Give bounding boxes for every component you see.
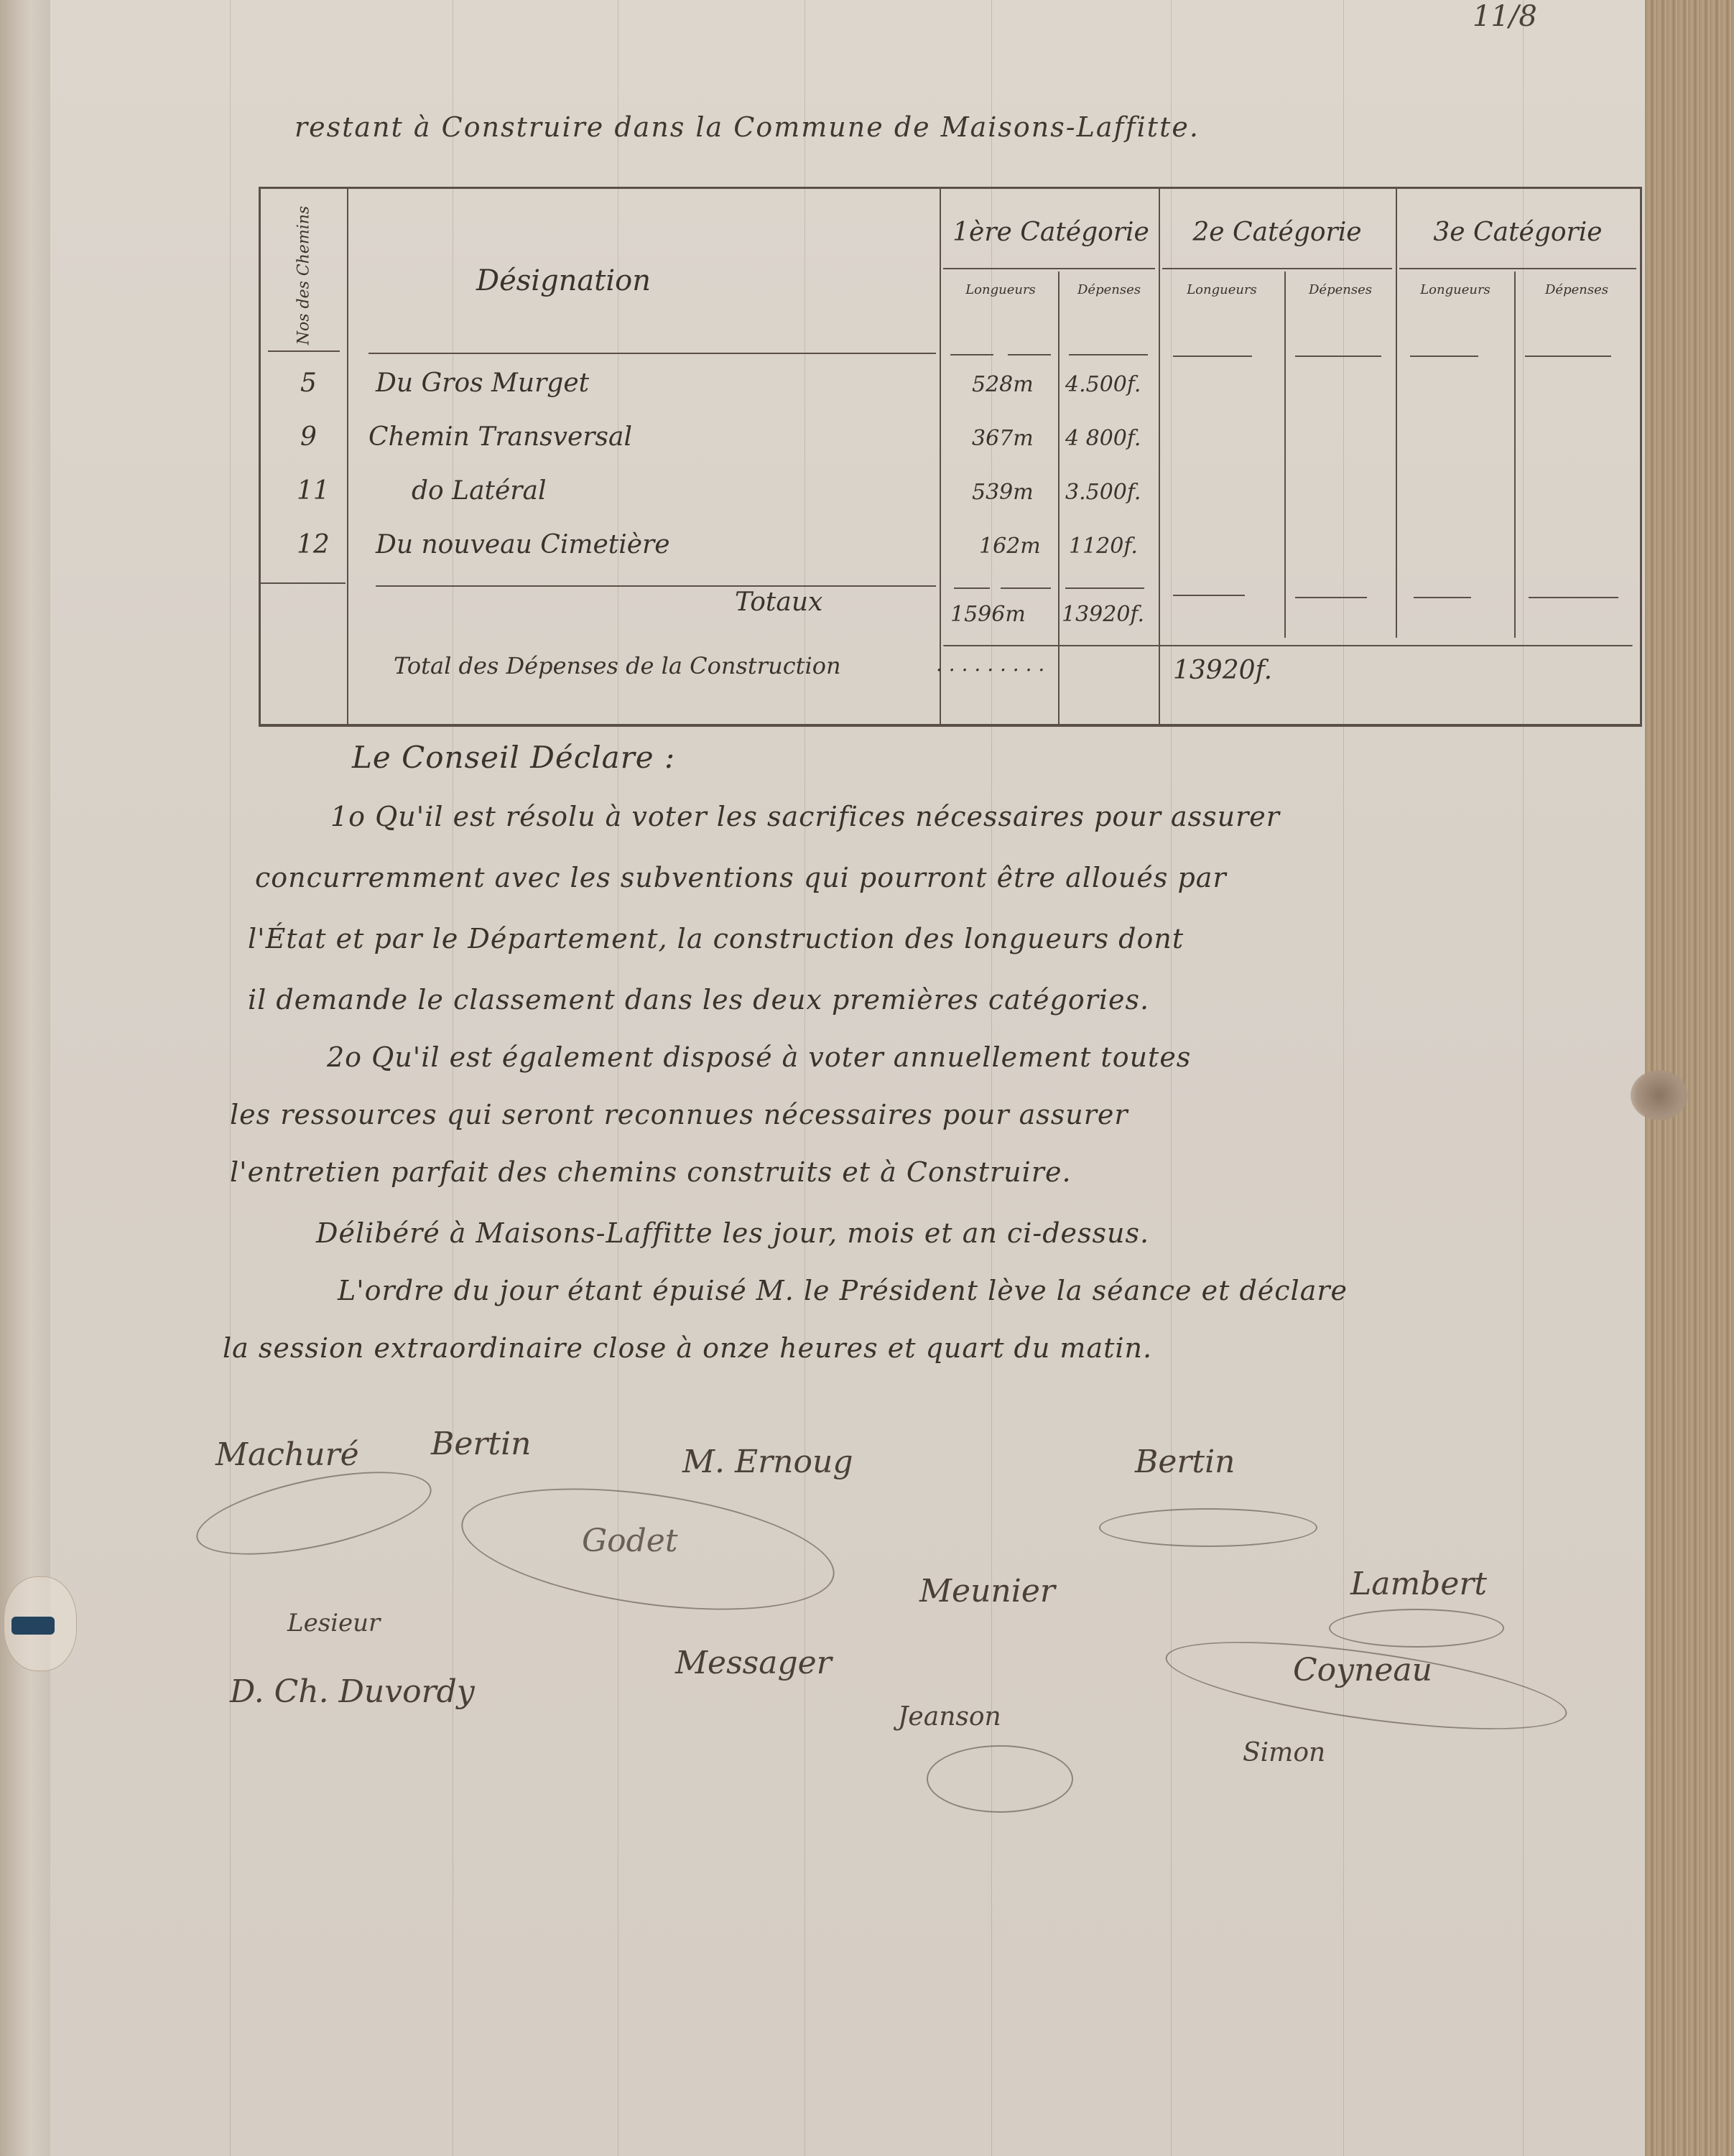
header-category-2: 2e Catégorie <box>1162 218 1392 247</box>
totals-cat2-cost-empty <box>1295 597 1367 598</box>
grand-total-label: Total des Dépenses de la Construction <box>394 652 841 679</box>
header-dash <box>1295 356 1381 357</box>
row-cat1-length: 162m <box>979 534 1041 559</box>
header-dash <box>1173 356 1252 357</box>
row-number: 5 <box>300 368 317 398</box>
body-line: il demande le classement dans les deux p… <box>248 984 1149 1016</box>
header-cat3-lengths: Longueurs <box>1397 282 1513 297</box>
signature-flourish <box>1329 1609 1504 1648</box>
totals-cat1-cost: 13920f. <box>1062 602 1144 627</box>
row-cat1-cost: 3.500f. <box>1065 480 1141 505</box>
header-category-1: 1ère Catégorie <box>943 218 1159 247</box>
column-divider <box>940 189 941 724</box>
header-number-col: Nos des Chemins <box>261 196 347 354</box>
header-designation: Désignation <box>476 264 651 297</box>
signature-flourish <box>1099 1508 1317 1547</box>
totals-dash <box>954 587 990 589</box>
row-cat1-cost: 1120f. <box>1069 534 1138 559</box>
header-dash <box>950 354 993 356</box>
signature: D. Ch. Duvordy <box>230 1673 475 1710</box>
signature: Messager <box>675 1645 832 1681</box>
header-cat1-lengths: Longueurs <box>943 282 1058 297</box>
signature: Meunier <box>919 1573 1055 1609</box>
row-cat1-length: 367m <box>972 426 1034 451</box>
body-line: les ressources qui seront reconnues néce… <box>230 1099 1128 1130</box>
body-line: Délibéré à Maisons-Laffitte les jour, mo… <box>316 1217 1149 1249</box>
signature: Jeanson <box>898 1702 1001 1732</box>
signature: Bertin <box>431 1426 532 1462</box>
row-cat1-length: 539m <box>972 480 1034 505</box>
column-divider <box>1159 189 1160 724</box>
header-rule <box>943 268 1155 269</box>
column-divider <box>1058 271 1060 724</box>
header-dash <box>1069 354 1148 356</box>
body-line: 2o Qu'il est également disposé à voter a… <box>327 1041 1191 1073</box>
margin-stain <box>4 1576 77 1671</box>
row-number: 11 <box>297 476 330 506</box>
blue-ink-mark <box>11 1617 55 1635</box>
left-page-edge <box>0 0 52 2156</box>
totals-cat2-length-empty <box>1173 595 1245 596</box>
header-rule <box>1162 268 1392 269</box>
signature: Bertin <box>1135 1444 1235 1480</box>
signature: Simon <box>1243 1738 1325 1767</box>
totals-cat1-length: 1596m <box>950 602 1026 627</box>
signature-flourish <box>927 1745 1073 1813</box>
signature: Machuré <box>215 1436 359 1473</box>
signature: Lambert <box>1350 1566 1487 1602</box>
totals-rule <box>376 585 936 587</box>
totals-rule <box>261 582 346 584</box>
header-bottom-rule <box>368 353 936 354</box>
body-line: 1o Qu'il est résolu à voter les sacrific… <box>330 801 1280 832</box>
row-designation: Du nouveau Cimetière <box>376 530 670 559</box>
row-cat1-cost: 4 800f. <box>1065 426 1141 451</box>
totals-label: Totaux <box>735 587 822 617</box>
header-cat2-lengths: Longueurs <box>1160 282 1284 297</box>
grand-total-value: 13920f. <box>1173 656 1272 685</box>
header-cat1-costs: Dépenses <box>1060 282 1159 297</box>
totals-cat3-cost-empty <box>1529 597 1618 598</box>
ledger-table: Nos des Chemins Désignation 1ère Catégor… <box>259 187 1642 727</box>
header-bottom-rule <box>268 350 340 352</box>
body-line: concurremment avec les subventions qui p… <box>255 862 1227 893</box>
row-number: 12 <box>297 530 330 559</box>
header-dash <box>1525 356 1611 357</box>
signature: M. Ernoug <box>682 1444 853 1480</box>
header-category-3: 3e Catégorie <box>1399 218 1636 247</box>
ink-stain <box>1631 1070 1688 1120</box>
row-number: 9 <box>300 422 317 452</box>
column-divider <box>1514 271 1516 638</box>
margin-ruling <box>230 0 231 2156</box>
header-dash <box>1008 354 1051 356</box>
page-number: 11/8 <box>1473 0 1537 33</box>
totals-cat3-length-empty <box>1414 597 1471 598</box>
body-line: la session extraordinaire close à onze h… <box>223 1332 1152 1364</box>
totals-dash <box>1001 587 1051 589</box>
page-heading: restant à Construire dans la Commune de … <box>295 111 1200 143</box>
column-divider <box>1396 189 1397 638</box>
signature: Lesieur <box>287 1609 380 1637</box>
row-cat1-cost: 4.500f. <box>1065 372 1141 397</box>
body-line: L'ordre du jour étant épuisé M. le Prési… <box>338 1275 1348 1306</box>
grand-total-leader: . . . . . . . . . <box>936 652 1044 676</box>
column-divider <box>347 189 348 724</box>
grand-total-brace <box>943 645 1633 646</box>
body-line: l'entretien parfait des chemins construi… <box>230 1156 1072 1188</box>
header-cat3-costs: Dépenses <box>1516 282 1638 297</box>
row-designation: do Latéral <box>412 476 547 506</box>
header-rule <box>1399 268 1636 269</box>
body-line: l'État et par le Département, la constru… <box>248 923 1184 954</box>
column-divider <box>1284 271 1286 638</box>
totals-dash <box>1065 587 1144 589</box>
body-line: Le Conseil Déclare : <box>352 740 675 775</box>
row-designation: Du Gros Murget <box>376 368 589 398</box>
header-dash <box>1410 356 1478 357</box>
row-cat1-length: 528m <box>972 372 1034 397</box>
row-designation: Chemin Transversal <box>368 422 632 452</box>
header-cat2-costs: Dépenses <box>1286 282 1395 297</box>
